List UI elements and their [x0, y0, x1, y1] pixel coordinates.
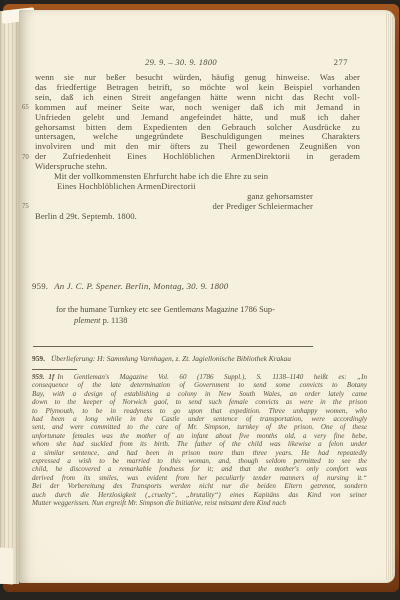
letter-body: wenn sie nur beßer besucht würden, häufi… [35, 73, 360, 172]
commentary-line: a similar sentence, and had been in pris… [32, 449, 367, 457]
letter-subject-line-1: for the humane Turnkey etc see Gentleman… [56, 305, 275, 314]
ref-text-italic: plement [74, 316, 101, 325]
commentary-line: Bay, with a design of establishing a col… [32, 390, 367, 398]
ref-text: for the humane Turnkey etc see Gentle [56, 305, 186, 314]
commentary-line: auch durch die Herzlosigkeit („cruelty“,… [32, 491, 367, 499]
margin-line-number: 70 [22, 154, 34, 161]
commentary-lemma: 1f [48, 373, 54, 381]
letter-number: 959. [32, 281, 48, 291]
commentary-line: had been a long while in the Castle unde… [32, 415, 367, 423]
commentary-line: consequence of the late determination of… [32, 381, 367, 389]
page-corner-bottom-left [0, 548, 13, 585]
book-page: 29. 9. – 30. 9. 1800 277 65 70 75 wenn s… [19, 10, 395, 583]
book-photo: 29. 9. – 30. 9. 1800 277 65 70 75 wenn s… [0, 0, 400, 600]
margin-line-number: 65 [22, 104, 34, 111]
ref-text-italic: mans [186, 305, 204, 314]
ref-text: p. 1138 [101, 316, 128, 325]
commentary-line: to Plymouth, to be in readyness to go up… [32, 407, 367, 415]
dateline: Berlin d 29t. Septemb. 1800. [35, 212, 360, 222]
ref-text-italic: zine [225, 305, 239, 314]
apparatus-text: Überlieferung: H: Sammlung Varnhagen, z.… [51, 354, 291, 363]
commentary-first-line: 959.1fIn Gentleman's Magazine Vol. 60 (1… [32, 373, 367, 381]
commentary-line: unfortunate females was the mother of an… [32, 432, 367, 440]
commentary-lines: consequence of the late determination of… [32, 381, 367, 507]
letter-subject-line-2: plement p. 1138 [74, 316, 127, 325]
running-header-date: 29. 9. – 30. 9. 1800 [121, 57, 241, 67]
page-edge-texture [385, 13, 394, 580]
commentary-block: 959.1fIn Gentleman's Magazine Vol. 60 (1… [32, 373, 367, 508]
next-letter-heading: 959.An J. C. P. Spener. Berlin, Montag, … [32, 281, 228, 291]
letter-title: An J. C. P. Spener. Berlin, Montag, 30. … [54, 281, 228, 291]
letter-text-block: wenn sie nur beßer besucht würden, häufi… [35, 73, 360, 222]
commentary-letter-number: 959. [32, 373, 44, 381]
commentary-text: In Gentleman's Magazine Vol. 60 (1786 Su… [57, 373, 367, 381]
commentary-line: derived from its smiles, was evident fro… [32, 474, 367, 482]
margin-line-number: 75 [22, 203, 34, 210]
commentary-line: down to the keeper of Norwich gaol, to s… [32, 398, 367, 406]
apparatus-letter-number: 959. [32, 354, 45, 363]
commentary-line: whom she had suckled from its birth. The… [32, 440, 367, 448]
page-number: 277 [334, 57, 348, 67]
apparatus-separator-rule [33, 346, 313, 347]
facing-pages-edge [0, 11, 19, 584]
commentary-separator-rule [32, 369, 77, 370]
ref-text: Maga [203, 305, 224, 314]
commentary-line: Mutter weggerissen. Nun ergreift Mr. Sim… [32, 499, 367, 507]
commentary-line: Bei der Vorbereitung des Transports werd… [32, 482, 367, 490]
commentary-line: child, he discovered a remarkable fondne… [32, 465, 367, 473]
apparatus-line: 959.Überlieferung: H: Sammlung Varnhagen… [32, 354, 291, 363]
commentary-line: sent, and were committed to the care of … [32, 423, 367, 431]
ref-text: 1786 Sup- [238, 305, 275, 314]
commentary-line: expressed a wish to be married to this w… [32, 457, 367, 465]
